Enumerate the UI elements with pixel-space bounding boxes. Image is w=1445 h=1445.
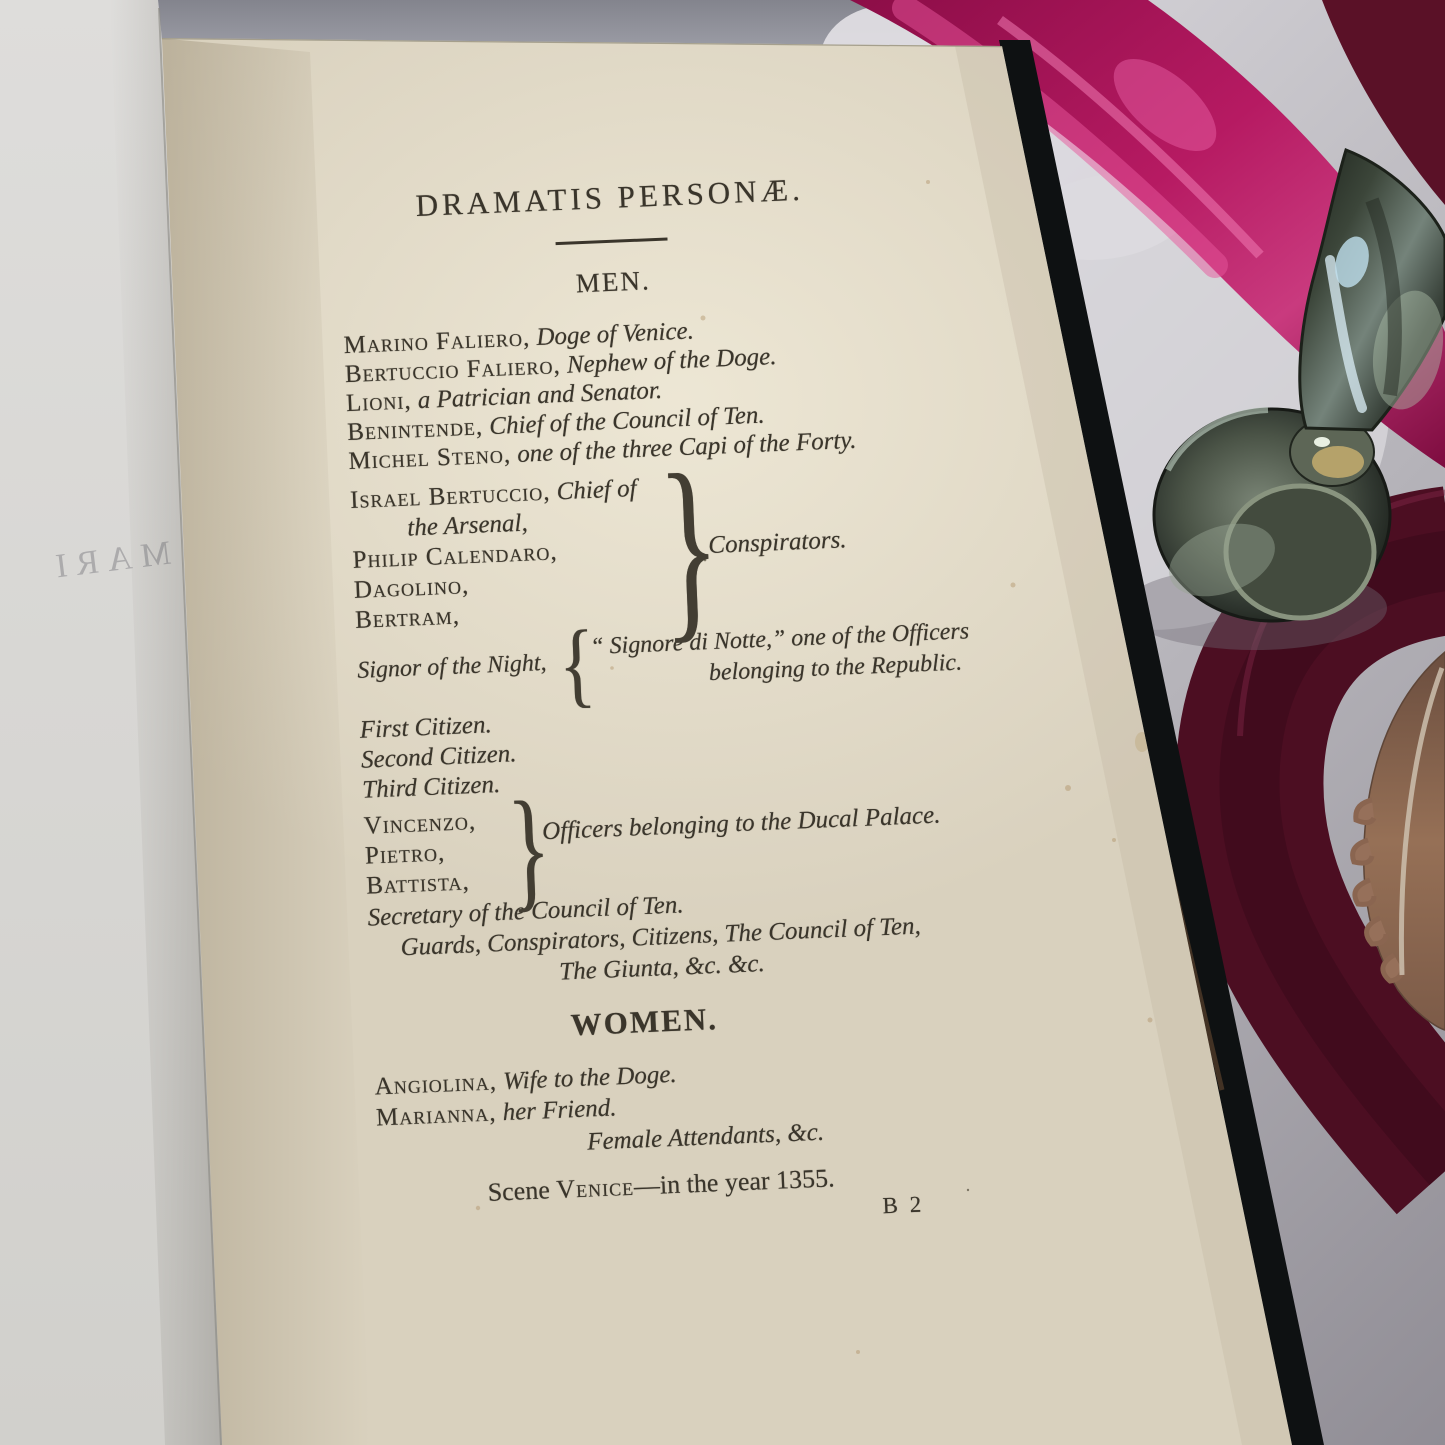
cast-name: Benintende, [347, 413, 484, 446]
curly-brace-right-glyph: } [657, 472, 698, 623]
cast-name: Michel Steno, [348, 441, 512, 475]
cast-entry: Battista, [366, 866, 503, 902]
cast-name: Signor of the Night, [356, 634, 556, 704]
cast-role: Chief of [556, 475, 637, 505]
women-section-heading: WOMEN. [344, 992, 945, 1053]
group-label: Officers belonging to the Ducal Palace. [542, 802, 943, 895]
cast-name: Marianna, [375, 1099, 497, 1131]
men-section-heading: MEN. [313, 254, 914, 310]
title-divider-rule [556, 237, 668, 245]
scene-place: Venice [556, 1172, 635, 1204]
cast-role: her Friend. [502, 1094, 617, 1126]
scene-suffix: —in the year 1355. [633, 1163, 835, 1200]
curly-brace-left-glyph: { [557, 632, 588, 695]
page-title: DRAMATIS PERSONÆ. [309, 167, 910, 228]
cast-name: Lioni, [346, 387, 413, 417]
book-photo: MARI DRAMATIS PERSONÆ. MEN. Marino Falie… [0, 0, 1445, 1445]
conspirators-group: Israel Bertuccio, Chief of the Arsenal, … [322, 458, 1018, 637]
group-label: Conspirators. [708, 526, 847, 560]
cast-name: Angiolina, [374, 1068, 497, 1100]
curly-brace-right-glyph: } [506, 805, 537, 896]
scene-prefix: Scene [487, 1175, 557, 1207]
dramatis-personae-page: DRAMATIS PERSONÆ. MEN. Marino Faliero, D… [308, 140, 1042, 1242]
cast-role: Wife to the Doge. [503, 1061, 678, 1095]
